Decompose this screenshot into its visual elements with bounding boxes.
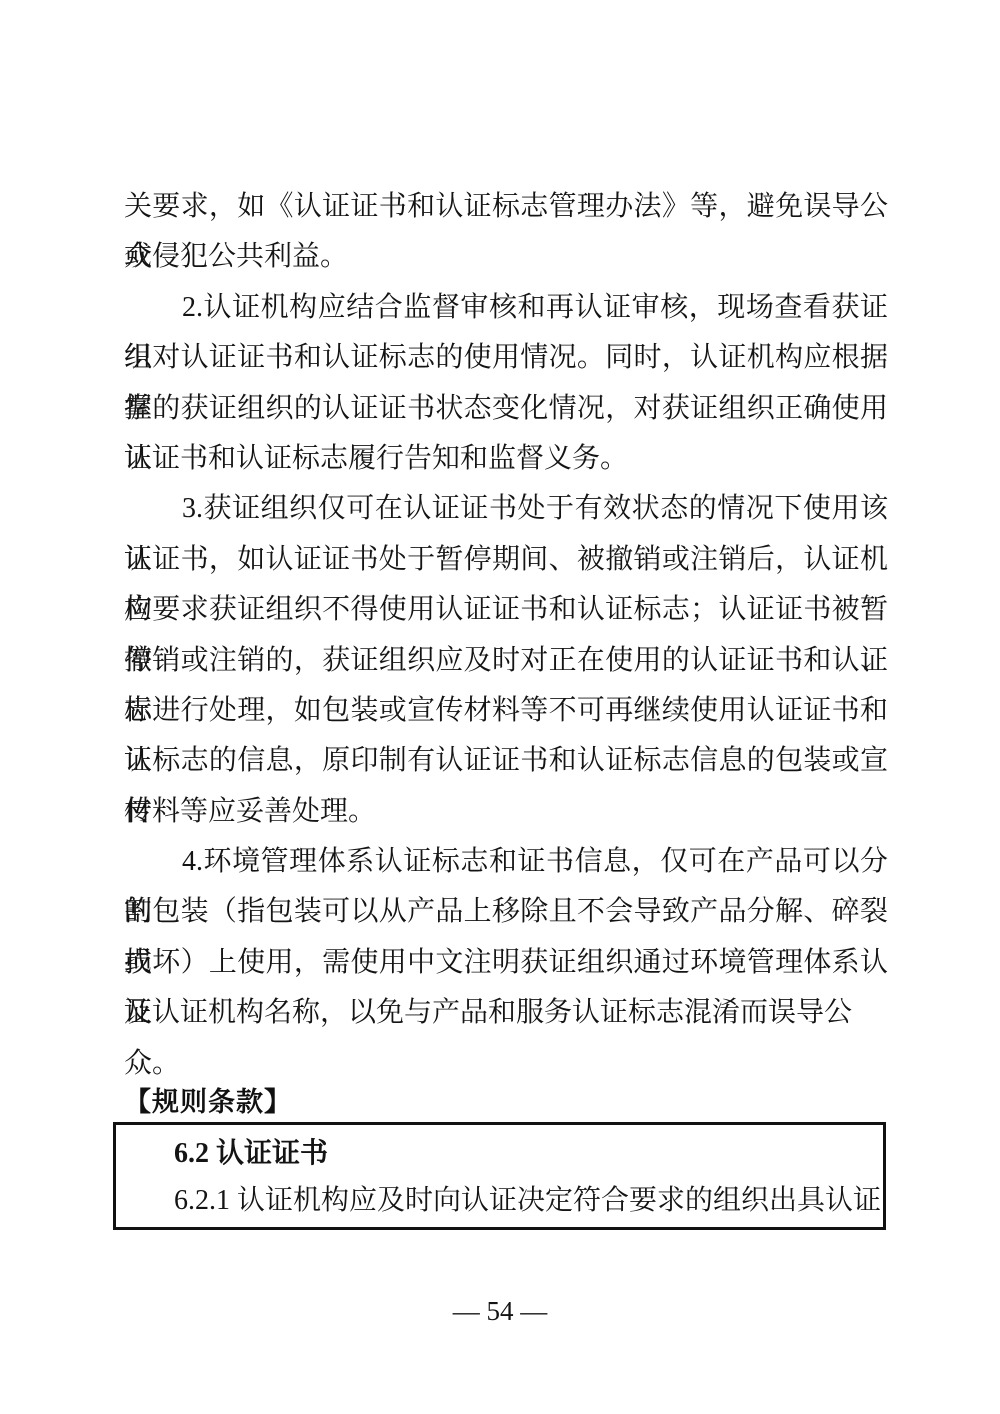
text-line: 材料等应妥善处理。 bbox=[124, 787, 888, 837]
text-line: 关要求，如《认证证书和认证标志管理办法》等，避免误导公众 bbox=[124, 182, 888, 232]
paragraph-4: 4.环境管理体系认证标志和证书信息，仅可在产品可以分割 的包装（指包装可以从产品… bbox=[124, 837, 888, 1039]
page-number: — 54 — bbox=[0, 1296, 1000, 1327]
text-line: 证标志的信息，原印制有认证证书和认证标志信息的包装或宣传 bbox=[124, 736, 888, 786]
paragraph-2: 2.认证机构应结合监督审核和再认证审核，现场查看获证组 织对认证证书和认证标志的… bbox=[124, 283, 888, 485]
rule-clause-box: 6.2 认证证书 6.2.1 认证机构应及时向认证决定符合要求的组织出具认证 bbox=[113, 1122, 886, 1230]
text-line: 织对认证证书和认证标志的使用情况。同时，认证机构应根据掌 bbox=[124, 333, 888, 383]
rule-clause-text: 6.2.1 认证机构应及时向认证决定符合要求的组织出具认证 bbox=[174, 1177, 871, 1224]
section-heading: 【规则条款】 bbox=[124, 1080, 292, 1119]
text-line: 的包装（指包装可以从产品上移除且不会导致产品分解、碎裂或 bbox=[124, 887, 888, 937]
text-line: 2.认证机构应结合监督审核和再认证审核，现场查看获证组 bbox=[124, 283, 888, 333]
text-line: 应要求获证组织不得使用认证证书和认证标志；认证证书被暂停、 bbox=[124, 585, 888, 635]
text-line: 志进行处理，如包装或宣传材料等不可再继续使用认证证书和认 bbox=[124, 686, 888, 736]
text-line: 3.获证组织仅可在认证证书处于有效状态的情况下使用该认 bbox=[124, 484, 888, 534]
body-text: 关要求，如《认证证书和认证标志管理办法》等，避免误导公众 或侵犯公共利益。 2.… bbox=[124, 182, 888, 1039]
paragraph-3: 3.获证组织仅可在认证证书处于有效状态的情况下使用该认 证证书，如认证证书处于暂… bbox=[124, 484, 888, 837]
text-line: 及认证机构名称，以免与产品和服务认证标志混淆而误导公众。 bbox=[124, 988, 888, 1038]
paragraph-1: 关要求，如《认证证书和认证标志管理办法》等，避免误导公众 或侵犯公共利益。 bbox=[124, 182, 888, 283]
text-line: 损坏）上使用，需使用中文注明获证组织通过环境管理体系认证 bbox=[124, 938, 888, 988]
text-line: 证证书，如认证证书处于暂停期间、被撤销或注销后，认证机构 bbox=[124, 535, 888, 585]
text-line: 证证书和认证标志履行告知和监督义务。 bbox=[124, 434, 888, 484]
text-line: 或侵犯公共利益。 bbox=[124, 232, 888, 282]
text-line: 握的获证组织的认证证书状态变化情况，对获证组织正确使用认 bbox=[124, 384, 888, 434]
rule-clause-heading: 6.2 认证证书 bbox=[174, 1130, 871, 1177]
document-page: 关要求，如《认证证书和认证标志管理办法》等，避免误导公众 或侵犯公共利益。 2.… bbox=[0, 0, 1000, 1414]
text-line: 4.环境管理体系认证标志和证书信息，仅可在产品可以分割 bbox=[124, 837, 888, 887]
text-line: 撤销或注销的，获证组织应及时对正在使用的认证证书和认证标 bbox=[124, 636, 888, 686]
